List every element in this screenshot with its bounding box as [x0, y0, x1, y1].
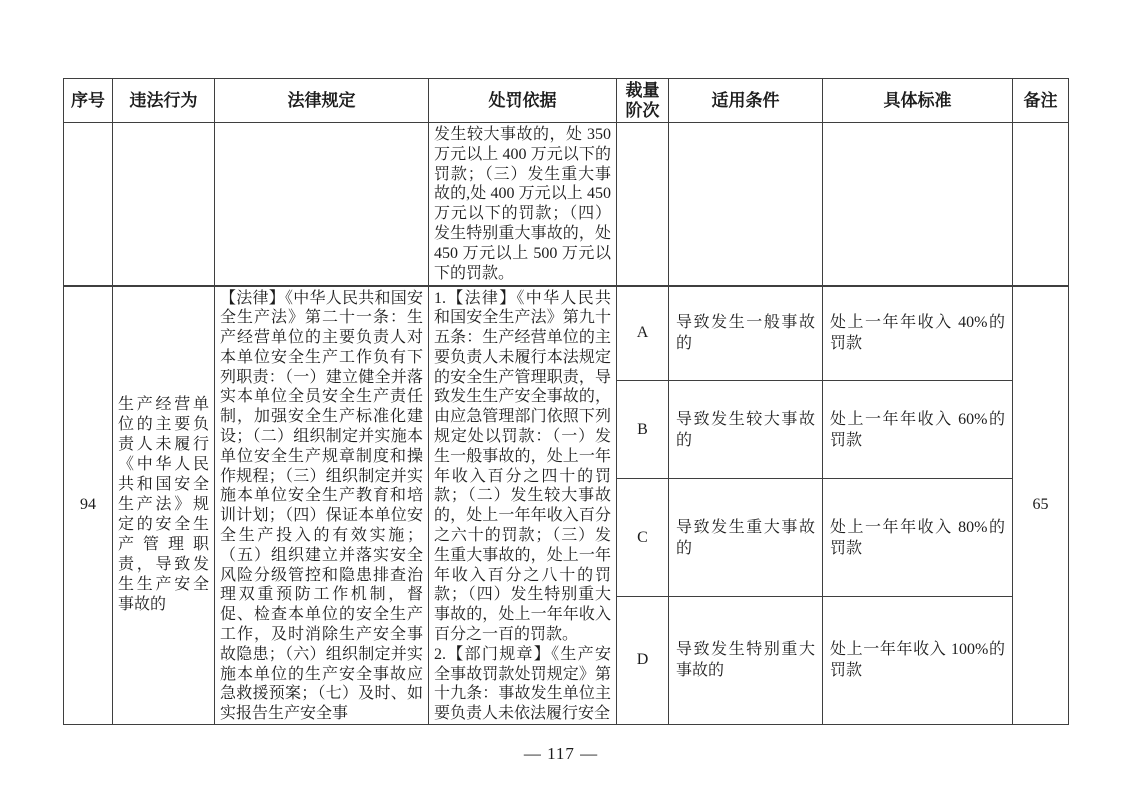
document-page: 序号 违法行为 法律规定 处罚依据 裁量 阶次 适用条件 具体标准 备注 发生较… [0, 0, 1122, 793]
row94-standard-b: 处上一年年收入 60%的罚款 [823, 381, 1013, 479]
header-discretion-level: 裁量 阶次 [617, 79, 669, 123]
row94-standard-c: 处上一年年收入 80%的罚款 [823, 479, 1013, 596]
cont-cell-applicable-condition [669, 123, 823, 286]
row94-standard-a: 处上一年年收入 40%的罚款 [823, 286, 1013, 381]
header-legal-provision: 法律规定 [215, 79, 429, 123]
penalty-standards-table: 序号 违法行为 法律规定 处罚依据 裁量 阶次 适用条件 具体标准 备注 发生较… [63, 78, 1069, 725]
row94-condition-a: 导致发生一般事故的 [669, 286, 823, 381]
row94-penalty-basis: 1.【法律】《中华人民共和国安全生产法》第九十五条：生产经营单位的主要负责人未履… [429, 286, 617, 725]
header-violation: 违法行为 [113, 79, 215, 123]
row94-condition-c: 导致发生重大事故的 [669, 479, 823, 596]
page-number: — 117 — [0, 744, 1122, 764]
row94-index: 94 [64, 286, 113, 725]
cont-cell-legal-provision [215, 123, 429, 286]
cont-cell-discretion-level [617, 123, 669, 286]
row94-violation: 生产经营单位的主要负责人未履行《中华人民共和国安全生产法》规定的安全生产管理职责… [113, 286, 215, 725]
cont-cell-remarks [1013, 123, 1069, 286]
row94-level-b: B [617, 381, 669, 479]
continuation-row: 发生较大事故的，处 350 万元以上 400 万元以下的罚款；（三）发生重大事故… [64, 123, 1069, 286]
row94-level-a: A [617, 286, 669, 381]
row94-level-c: C [617, 479, 669, 596]
row94-condition-d: 导致发生特别重大事故的 [669, 596, 823, 724]
row94-subrow-a: 94 生产经营单位的主要负责人未履行《中华人民共和国安全生产法》规定的安全生产管… [64, 286, 1069, 381]
row94-remarks: 65 [1013, 286, 1069, 725]
row94-level-d: D [617, 596, 669, 724]
header-specific-standard: 具体标准 [823, 79, 1013, 123]
row94-condition-b: 导致发生较大事故的 [669, 381, 823, 479]
cont-cell-penalty-basis: 发生较大事故的，处 350 万元以上 400 万元以下的罚款；（三）发生重大事故… [429, 123, 617, 286]
cont-cell-violation [113, 123, 215, 286]
header-penalty-basis: 处罚依据 [429, 79, 617, 123]
table-header-row: 序号 违法行为 法律规定 处罚依据 裁量 阶次 适用条件 具体标准 备注 [64, 79, 1069, 123]
header-remarks: 备注 [1013, 79, 1069, 123]
cont-cell-specific-standard [823, 123, 1013, 286]
header-applicable-condition: 适用条件 [669, 79, 823, 123]
header-index: 序号 [64, 79, 113, 123]
row94-legal-provision: 【法律】《中华人民共和国安全生产法》第二十一条：生产经营单位的主要负责人对本单位… [215, 286, 429, 725]
row94-standard-d: 处上一年年收入 100%的罚款 [823, 596, 1013, 724]
cont-cell-index [64, 123, 113, 286]
